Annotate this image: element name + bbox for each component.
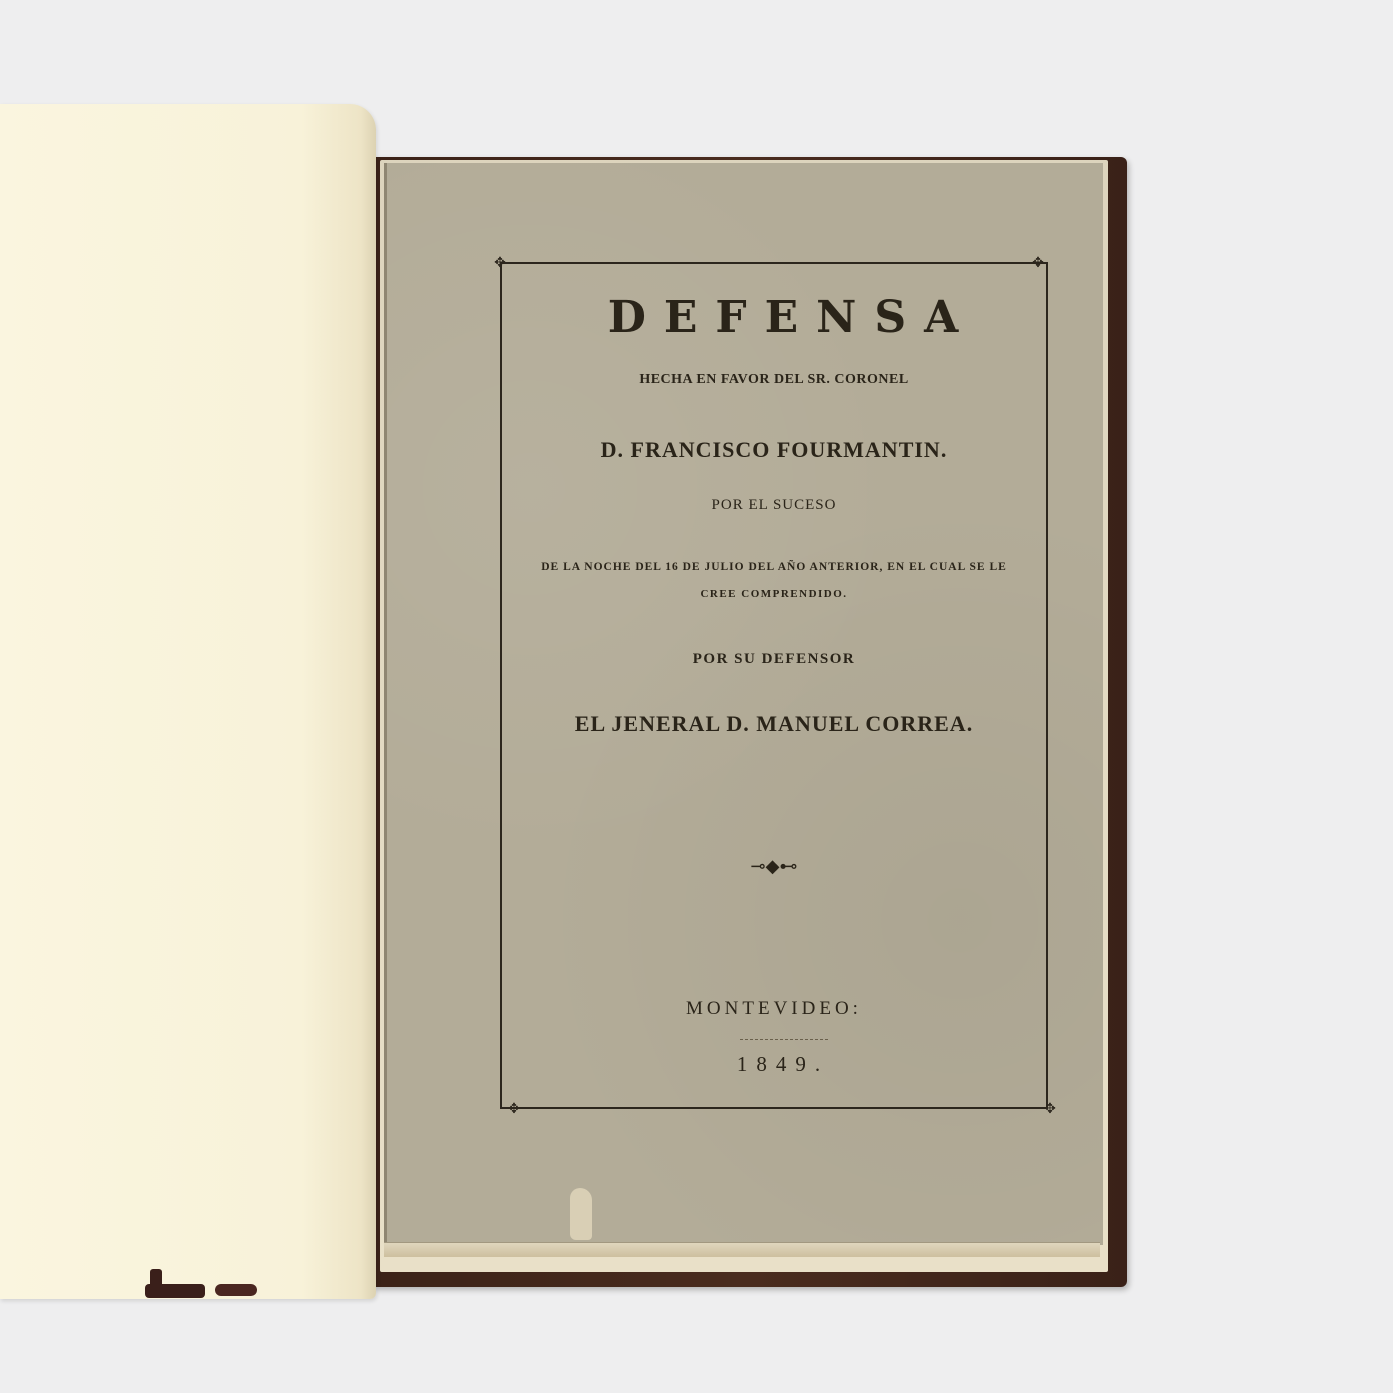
subtitle-line: HECHA EN FAVOR DEL SR. CORONEL (500, 372, 1048, 388)
endpaper-damage (215, 1284, 257, 1296)
book-photo: ✥ ✥ ✥ ✥ DEFENSA HECHA EN FAVOR DEL SR. C… (0, 0, 1393, 1393)
blank-endpaper (0, 104, 376, 1299)
por-su-defensor-line: POR SU DEFENSOR (500, 651, 1048, 668)
printers-ornament-icon: ⊸◆⊷ (500, 856, 1048, 877)
author-line: EL JENERAL D. MANUEL CORREA. (500, 711, 1048, 737)
corner-ornament-icon: ✥ (1043, 1102, 1057, 1116)
imprint-year: 1849. (500, 1052, 1057, 1077)
corner-ornament-icon: ✥ (1031, 256, 1045, 270)
corner-ornament-icon: ✥ (507, 1102, 521, 1116)
corner-ornament-icon: ✥ (493, 256, 507, 270)
book-title: DEFENSA (500, 292, 1066, 343)
subject-name: D. FRANCISCO FOURMANTIN. (500, 437, 1048, 463)
page-bottom-edge (384, 1242, 1100, 1257)
description-line-2: CREE COMPRENDIDO. (500, 588, 1048, 600)
paper-damage-mark (570, 1188, 592, 1240)
imprint-place: MONTEVIDEO: (500, 998, 1048, 1020)
printed-border-frame (500, 262, 1048, 1109)
por-el-suceso-line: POR EL SUCESO (500, 497, 1048, 514)
description-line-1: DE LA NOCHE DEL 16 DE JULIO DEL AÑO ANTE… (500, 561, 1048, 573)
endpaper-damage (145, 1284, 205, 1298)
imprint-divider (740, 1039, 828, 1040)
